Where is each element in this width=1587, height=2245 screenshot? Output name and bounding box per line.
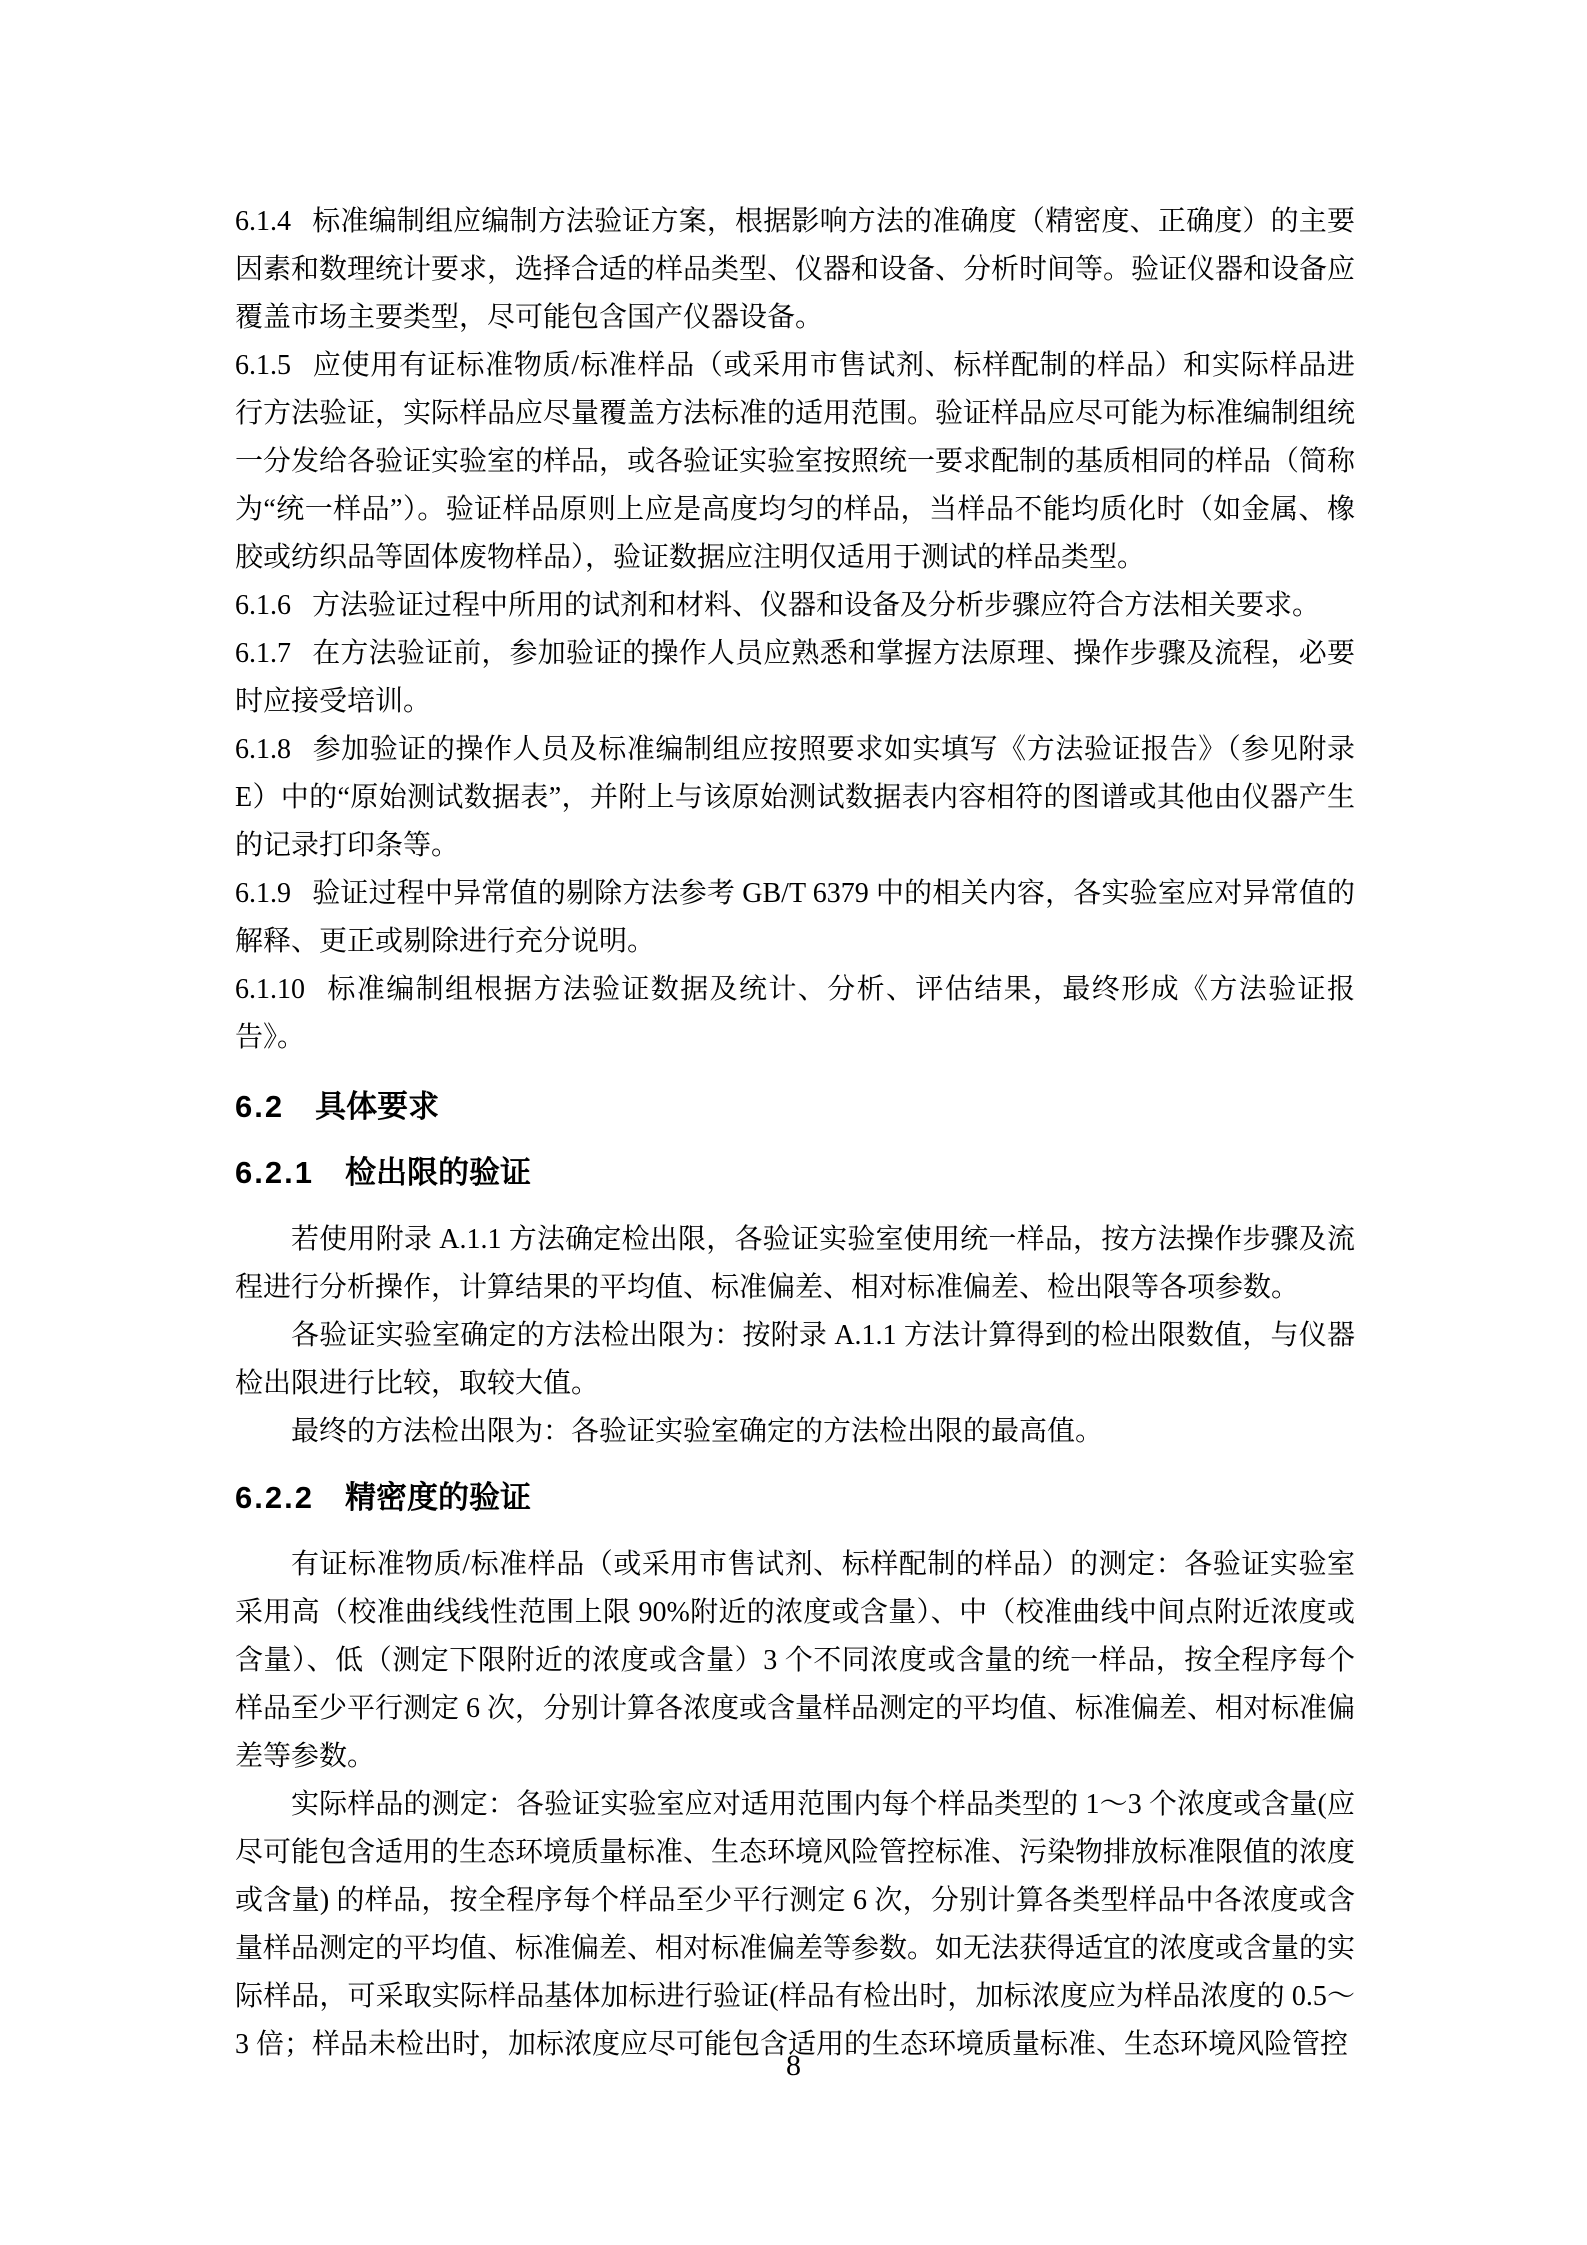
section-heading-6-2-2: 6.2.2精密度的验证	[235, 1474, 1355, 1522]
document-page: 6.1.4标准编制组应编制方法验证方案，根据影响方法的准确度（精密度、正确度）的…	[0, 0, 1587, 2245]
heading-title: 检出限的验证	[345, 1155, 531, 1190]
paragraph-precision-1: 有证标准物质/标准样品（或采用市售试剂、标样配制的样品）的测定：各验证实验室采用…	[235, 1541, 1355, 1781]
clause-number: 6.1.10	[235, 974, 305, 1005]
heading-number: 6.2.2	[235, 1480, 314, 1515]
section-heading-6-2-1: 6.2.1检出限的验证	[235, 1149, 1355, 1197]
clause-text: 在方法验证前，参加验证的操作人员应熟悉和掌握方法原理、操作步骤及流程，必要时应接…	[235, 638, 1355, 717]
clause-text: 标准编制组根据方法验证数据及统计、分析、评估结果，最终形成《方法验证报告》。	[235, 974, 1355, 1053]
clause-number: 6.1.6	[235, 590, 291, 621]
paragraph-detection-limit-2: 各验证实验室确定的方法检出限为：按附录 A.1.1 方法计算得到的检出限数值，与…	[235, 1312, 1355, 1408]
clause-text: 验证过程中异常值的剔除方法参考 GB/T 6379 中的相关内容，各实验室应对异…	[235, 878, 1355, 957]
clause-6-1-5: 6.1.5应使用有证标准物质/标准样品（或采用市售试剂、标样配制的样品）和实际样…	[235, 342, 1355, 582]
clause-number: 6.1.7	[235, 638, 291, 669]
section-heading-6-2: 6.2具体要求	[235, 1083, 1355, 1131]
clause-6-1-7: 6.1.7在方法验证前，参加验证的操作人员应熟悉和掌握方法原理、操作步骤及流程，…	[235, 630, 1355, 726]
clause-6-1-4: 6.1.4标准编制组应编制方法验证方案，根据影响方法的准确度（精密度、正确度）的…	[235, 198, 1355, 342]
clause-6-1-10: 6.1.10标准编制组根据方法验证数据及统计、分析、评估结果，最终形成《方法验证…	[235, 966, 1355, 1062]
page-footer: 8	[0, 2046, 1587, 2086]
paragraph-detection-limit-3: 最终的方法检出限为：各验证实验室确定的方法检出限的最高值。	[235, 1408, 1355, 1456]
clause-number: 6.1.8	[235, 734, 291, 765]
clause-number: 6.1.9	[235, 878, 291, 909]
clause-number: 6.1.5	[235, 350, 291, 381]
clause-6-1-6: 6.1.6方法验证过程中所用的试剂和材料、仪器和设备及分析步骤应符合方法相关要求…	[235, 582, 1355, 630]
heading-title: 精密度的验证	[345, 1480, 531, 1515]
paragraph-precision-2: 实际样品的测定：各验证实验室应对适用范围内每个样品类型的 1～3 个浓度或含量(…	[235, 1781, 1355, 2069]
clause-text: 方法验证过程中所用的试剂和材料、仪器和设备及分析步骤应符合方法相关要求。	[312, 590, 1320, 621]
clause-6-1-8: 6.1.8参加验证的操作人员及标准编制组应按照要求如实填写《方法验证报告》（参见…	[235, 726, 1355, 870]
heading-title: 具体要求	[315, 1089, 439, 1124]
clause-text: 参加验证的操作人员及标准编制组应按照要求如实填写《方法验证报告》（参见附录 E）…	[235, 734, 1355, 861]
heading-number: 6.2.1	[235, 1155, 314, 1190]
clause-number: 6.1.4	[235, 206, 291, 237]
clause-text: 标准编制组应编制方法验证方案，根据影响方法的准确度（精密度、正确度）的主要因素和…	[235, 206, 1355, 333]
heading-number: 6.2	[235, 1089, 284, 1124]
clause-text: 应使用有证标准物质/标准样品（或采用市售试剂、标样配制的样品）和实际样品进行方法…	[235, 350, 1355, 573]
page-content: 6.1.4标准编制组应编制方法验证方案，根据影响方法的准确度（精密度、正确度）的…	[235, 198, 1355, 2069]
paragraph-detection-limit-1: 若使用附录 A.1.1 方法确定检出限，各验证实验室使用统一样品，按方法操作步骤…	[235, 1216, 1355, 1312]
clause-6-1-9: 6.1.9验证过程中异常值的剔除方法参考 GB/T 6379 中的相关内容，各实…	[235, 870, 1355, 966]
page-number: 8	[786, 2049, 801, 2082]
